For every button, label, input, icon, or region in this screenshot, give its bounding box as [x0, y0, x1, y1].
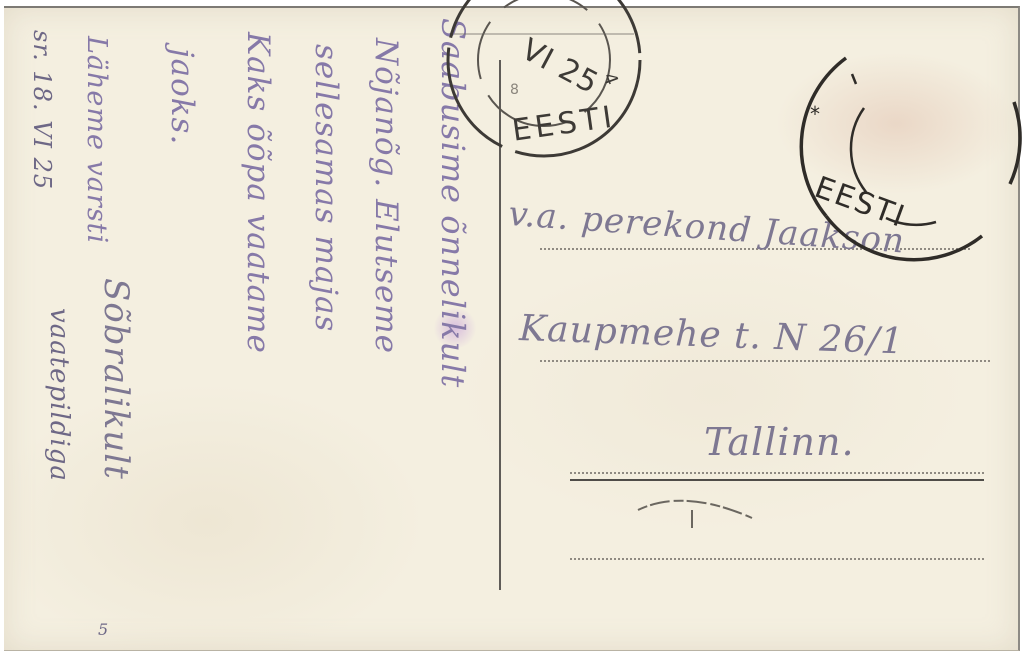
right-postmark-icon: [786, 36, 1024, 266]
top-postmark-sub: 8: [510, 82, 520, 98]
date-note: sr. 18. VI 25: [28, 30, 56, 190]
partial-postmark-icon: [634, 484, 764, 534]
message-line-5: jaoks.: [164, 48, 200, 145]
address-rule-2: [540, 360, 990, 362]
page-mark: 5: [98, 620, 109, 639]
message-line-2: Nõjanõg. Elutseme: [368, 38, 404, 354]
message-line-4: Kaks õõpa vaatame: [240, 32, 276, 354]
right-postmark-star: *: [810, 102, 821, 126]
signature: Sõbralikult: [96, 278, 136, 480]
address-rule-3-solid: [570, 479, 984, 481]
message-line-3: sellesamas majas: [308, 44, 344, 332]
address-line-2: Kaupmehe t. N 26/1: [519, 308, 905, 362]
postcard-back: Saabusime õnnelikult Nõjanõg. Elutseme s…: [4, 6, 1020, 651]
address-line-3: Tallinn.: [704, 420, 855, 464]
message-line-8: vaatepildiga: [44, 308, 74, 482]
address-rule-4: [570, 558, 984, 560]
address-rule-3: [570, 472, 984, 474]
message-line-6: Läheme varsti: [81, 36, 112, 244]
